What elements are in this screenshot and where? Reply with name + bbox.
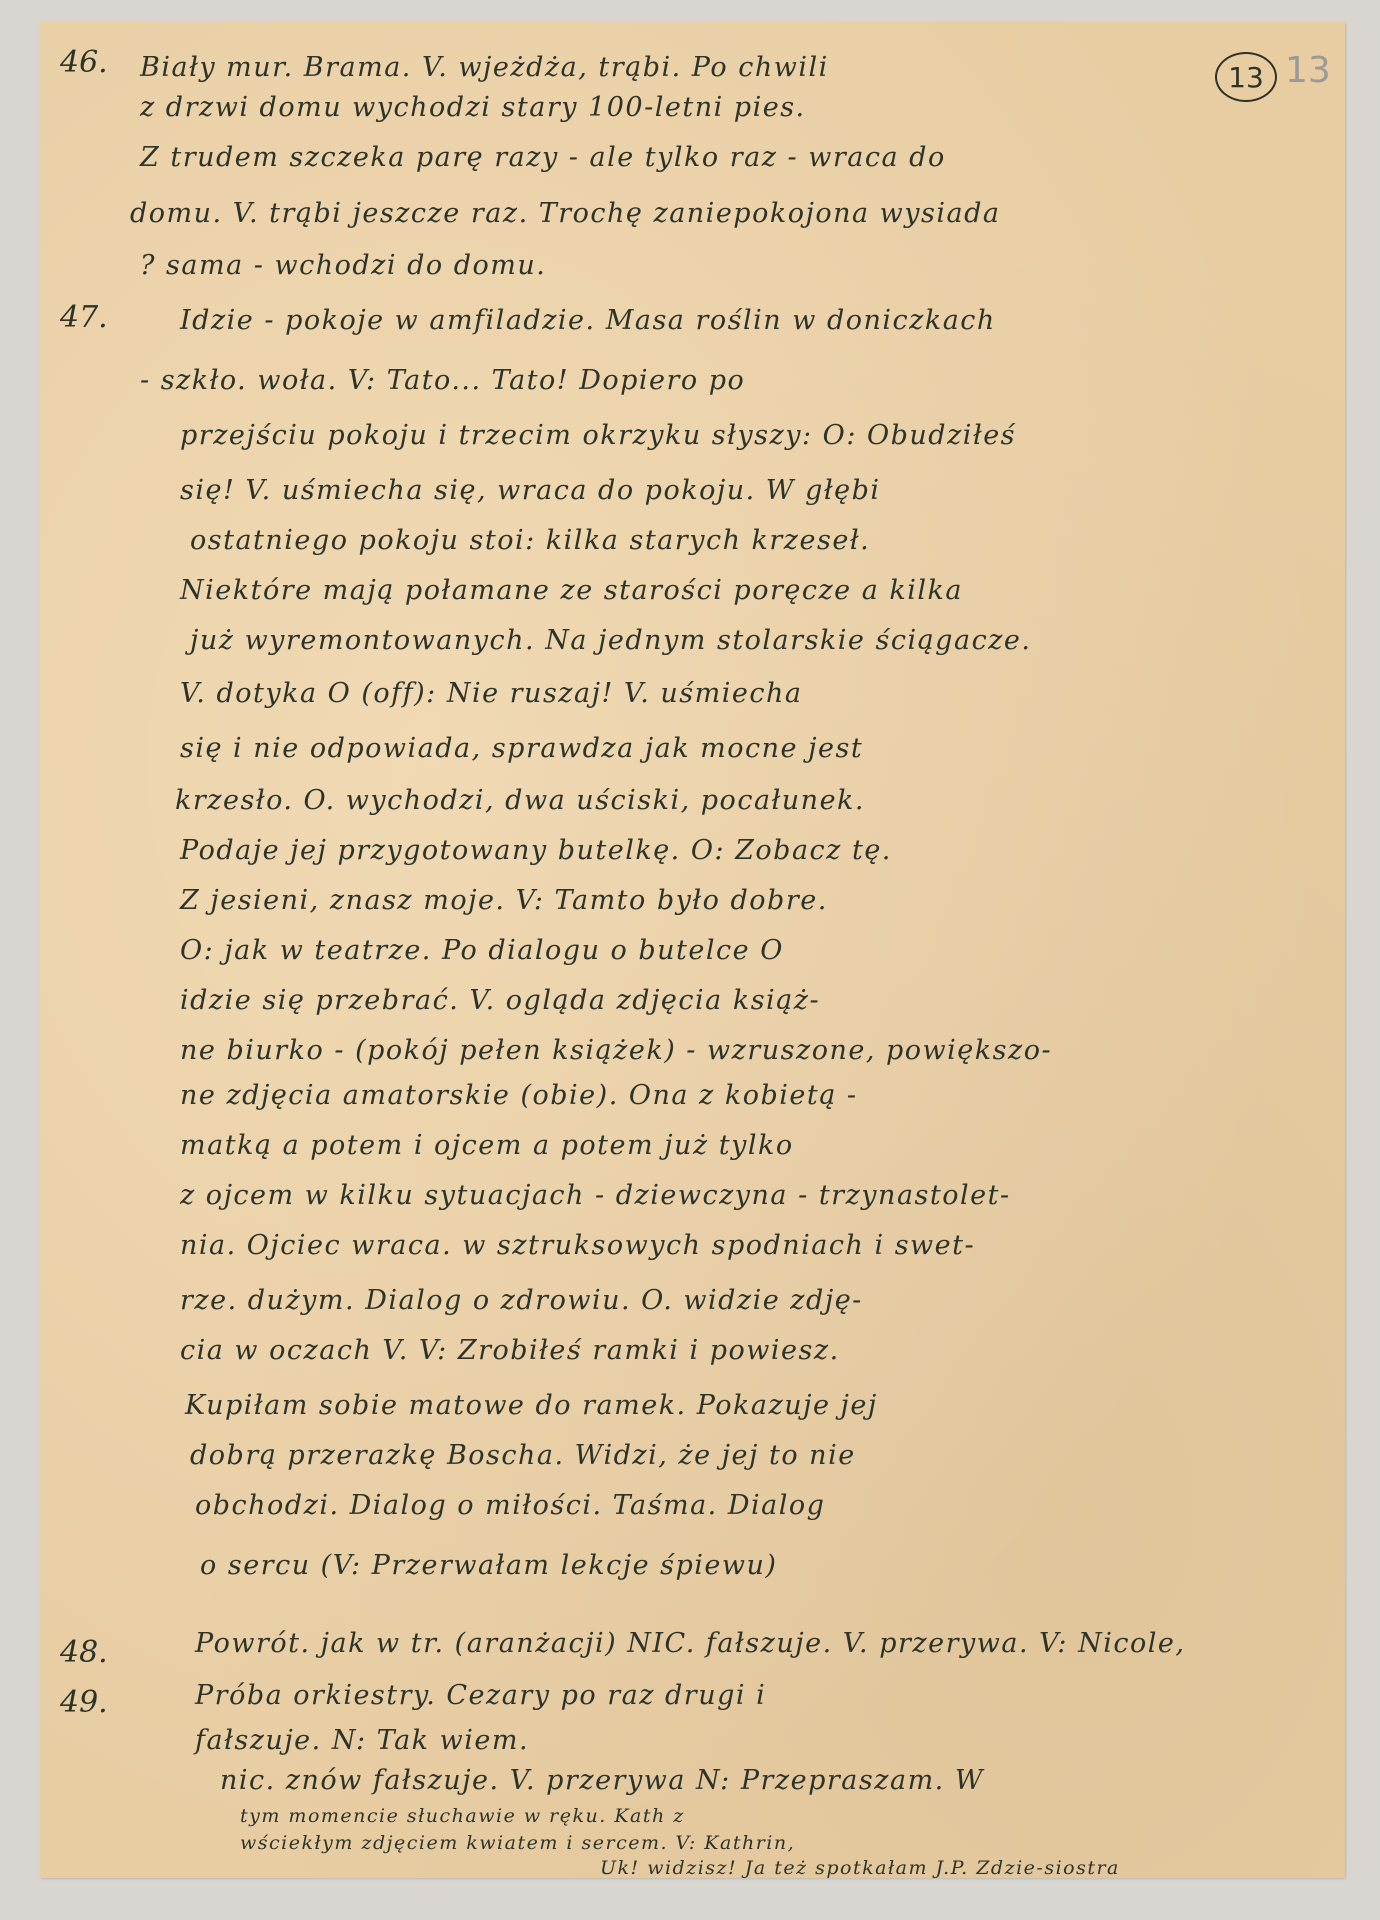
scene-line: ostatniego pokoju stoi: kilka starych kr…: [190, 525, 870, 556]
scene-line: - szkło. woła. V: Tato... Tato! Dopiero …: [140, 365, 745, 396]
scene-line: Uk! widzisz! Ja też spotkałam J.P. Zdzie…: [600, 1857, 1120, 1879]
scene-line: przejściu pokoju i trzecim okrzyku słysz…: [180, 420, 1016, 451]
page-number-pencil: 13: [1285, 50, 1331, 91]
scene-line: z ojcem w kilku sytuacjach - dziewczyna …: [180, 1180, 1011, 1211]
scene-line: fałszuje. N: Tak wiem.: [195, 1725, 529, 1756]
scene-number: 46.: [60, 45, 108, 80]
scene-line: z drzwi domu wychodzi stary 100-letni pi…: [140, 92, 806, 123]
scene-line: domu. V. trąbi jeszcze raz. Trochę zanie…: [130, 198, 1000, 229]
scene-line: O: jak w teatrze. Po dialogu o butelce O: [180, 935, 784, 966]
scene-line: Powrót. jak w tr. (aranżacji) NIC. fałsz…: [195, 1628, 1185, 1659]
page-number-circled: 13: [1215, 52, 1277, 102]
scene-line: Niektóre mają połamane ze starości poręc…: [180, 575, 963, 606]
scene-line: już wyremontowanych. Na jednym stolarski…: [190, 625, 1031, 656]
scene-line: o sercu (V: Przerwałam lekcje śpiewu): [200, 1550, 777, 1581]
scene-number: 48.: [60, 1635, 108, 1670]
page-number-text: 13: [1228, 61, 1264, 94]
scene-line: dobrą przerazkę Boscha. Widzi, że jej to…: [190, 1440, 856, 1471]
scene-line: Próba orkiestry. Cezary po raz drugi i: [195, 1680, 766, 1711]
scene-line: idzie się przebrać. V. ogląda zdjęcia ks…: [180, 985, 820, 1016]
scene-line: Z trudem szczeka parę razy - ale tylko r…: [140, 142, 946, 173]
scene-line: Z jesieni, znasz moje. V: Tamto było dob…: [180, 885, 828, 916]
scene-line: cia w oczach V. V: Zrobiłeś ramki i powi…: [180, 1335, 840, 1366]
scene-line: nic. znów fałszuje. V. przerywa N: Przep…: [220, 1765, 984, 1796]
scene-number: 47.: [60, 300, 108, 335]
scene-line: V. dotyka O (off): Nie ruszaj! V. uśmiec…: [180, 678, 802, 709]
scene-line: Idzie - pokoje w amfiladzie. Masa roślin…: [180, 305, 996, 336]
scene-line: rze. dużym. Dialog o zdrowiu. O. widzie …: [180, 1285, 863, 1316]
scene-line: tym momencie słuchawie w ręku. Kath z: [240, 1805, 685, 1827]
scene-line: obchodzi. Dialog o miłości. Taśma. Dialo…: [195, 1490, 825, 1521]
scene-line: Kupiłam sobie matowe do ramek. Pokazuje …: [185, 1390, 878, 1421]
scene-line: się! V. uśmiecha się, wraca do pokoju. W…: [180, 475, 881, 506]
scene-line: ne biurko - (pokój pełen książek) - wzru…: [180, 1035, 1052, 1066]
scene-line: nia. Ojciec wraca. w sztruksowych spodni…: [180, 1230, 975, 1261]
scene-number: 49.: [60, 1685, 108, 1720]
scene-line: wściekłym zdjęciem kwiatem i sercem. V: …: [240, 1832, 795, 1854]
scene-line: Podaje jej przygotowany butelkę. O: Zoba…: [180, 835, 892, 866]
scene-line: ne zdjęcia amatorskie (obie). Ona z kobi…: [180, 1080, 858, 1111]
scene-line: Biały mur. Brama. V. wjeżdża, trąbi. Po …: [140, 52, 829, 83]
scene-line: ? sama - wchodzi do domu.: [140, 250, 546, 281]
scene-line: matką a potem i ojcem a potem już tylko: [180, 1130, 794, 1161]
scene-line: się i nie odpowiada, sprawdza jak mocne …: [180, 733, 863, 764]
scene-line: krzesło. O. wychodzi, dwa uściski, pocał…: [175, 785, 865, 816]
